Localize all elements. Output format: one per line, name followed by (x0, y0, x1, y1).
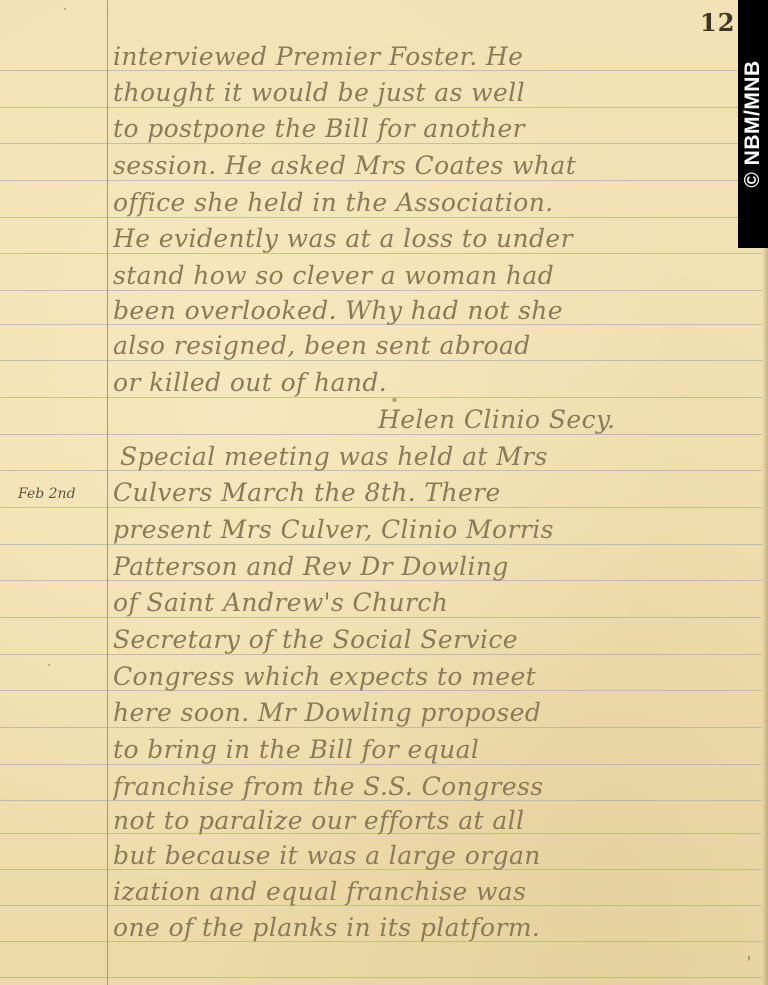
handwritten-line: or killed out of hand. (113, 366, 758, 400)
handwritten-line: of Saint Andrew's Church (113, 586, 758, 620)
handwritten-line: one of the planks in its platform. (113, 911, 758, 945)
margin-rule (107, 0, 108, 985)
handwritten-line: stand how so clever a woman had (113, 259, 758, 293)
paper-speck (392, 398, 397, 402)
handwritten-line: Special meeting was held at Mrs (120, 440, 765, 474)
ruled-line (0, 977, 762, 978)
handwritten-line: not to paralize our efforts at all (113, 804, 758, 838)
handwritten-line: franchise from the S.S. Congress (113, 770, 758, 804)
margin-date-note: Feb 2nd (18, 486, 76, 502)
handwritten-line: interviewed Premier Foster. He (113, 40, 758, 74)
handwritten-line: Culvers March the 8th. There (113, 476, 758, 510)
handwritten-line: office she held in the Association. (113, 186, 758, 220)
handwritten-line: ization and equal franchise was (113, 875, 758, 909)
handwritten-line: thought it would be just as well (113, 76, 758, 110)
handwritten-line: Patterson and Rev Dr Dowling (113, 550, 758, 584)
handwritten-line: been overlooked. Why had not she (113, 294, 758, 328)
paper-speck (748, 955, 750, 961)
handwritten-line: Congress which expects to meet (113, 660, 758, 694)
paper-speck (48, 664, 50, 666)
handwritten-line: Secretary of the Social Service (113, 623, 758, 657)
handwritten-line: to postpone the Bill for another (113, 112, 758, 146)
handwritten-line: present Mrs Culver, Clinio Morris (113, 513, 758, 547)
handwritten-line: but because it was a large organ (113, 839, 758, 873)
handwritten-line: He evidently was at a loss to under (113, 222, 758, 256)
secretary-signature: Helen Clinio Secy. (378, 403, 758, 437)
handwritten-line: session. He asked Mrs Coates what (113, 149, 758, 183)
paper-speck (64, 8, 66, 10)
manuscript-page: 12 © NBM/MNB Feb 2nd interviewed Premier… (0, 0, 768, 985)
handwritten-line: also resigned, been sent abroad (113, 329, 758, 363)
handwritten-line: to bring in the Bill for equal (113, 733, 758, 767)
page-number: 12 (700, 8, 735, 37)
handwritten-line: here soon. Mr Dowling proposed (113, 696, 758, 730)
